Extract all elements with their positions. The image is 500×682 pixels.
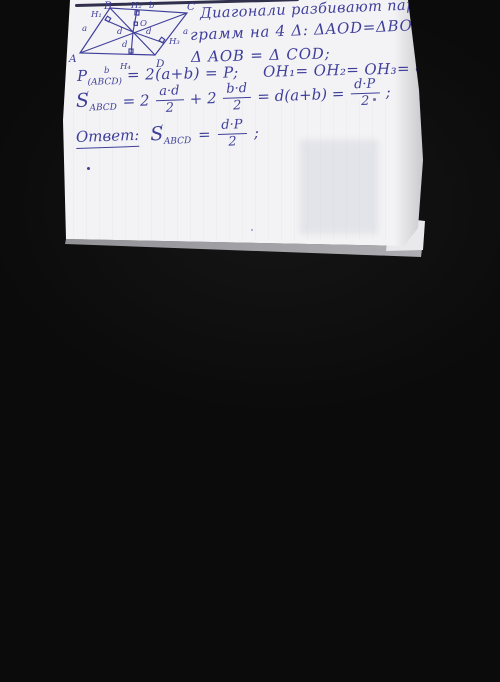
perimeter-symbol: P <box>77 67 88 85</box>
d-label-oh1: d <box>117 27 123 37</box>
ink-dot <box>373 98 376 101</box>
paper-sheet: A B C D O H₁ H₂ H₃ H₄ a a b b d d d Диаг… <box>0 0 500 682</box>
fraction-ad-2: a·d2 <box>155 84 184 115</box>
side-label-b-top: b <box>149 1 154 11</box>
heights-d-value: d. <box>471 58 488 76</box>
answer-area-symbol: S′ABCD <box>150 123 191 148</box>
answer-label: Ответ: <box>76 127 140 149</box>
answer-eq: = <box>198 126 211 144</box>
area-eq2: = d(a+b) = <box>257 85 345 105</box>
perimeter-equation: = 2(a+b) = P; <box>127 63 239 84</box>
show-through-shadow <box>300 140 378 234</box>
foot-label-h2: H₂ <box>130 1 142 11</box>
ink-dot <box>251 229 253 231</box>
scanned-photo: A B C D O H₁ H₂ H₃ H₄ a a b b d d d Диаг… <box>0 0 500 682</box>
area-eq1: = 2 <box>122 92 149 110</box>
vertex-label-c: C <box>187 1 195 13</box>
answer-line: Ответ: S′ABCD = d·P2 ; <box>75 118 259 155</box>
vertex-label-a: A <box>68 53 77 65</box>
area-semicolon: ; <box>385 84 391 101</box>
ink-dot <box>87 167 90 170</box>
fraction-bd-2: b·d2 <box>222 82 252 113</box>
area-symbol: S′ABCD <box>76 90 117 115</box>
side-label-a-left: a <box>82 24 87 34</box>
answer-fraction-dp-2: d·P2 <box>217 118 247 149</box>
d-label-oh4: d <box>122 40 128 50</box>
foot-label-h3: H₃ <box>168 37 180 47</box>
side-label-a-right: a <box>183 27 188 37</box>
fraction-dp-2: d·P2 <box>350 77 380 108</box>
right-edge-shade <box>394 0 424 250</box>
area-plus: + 2 <box>189 90 216 108</box>
vertex-label-b: B <box>103 0 112 12</box>
d-label-oh3: d <box>146 27 152 37</box>
foot-label-h1: H₁ <box>90 10 102 20</box>
right-angle-o <box>134 22 138 26</box>
answer-semicolon: ; <box>253 124 259 141</box>
